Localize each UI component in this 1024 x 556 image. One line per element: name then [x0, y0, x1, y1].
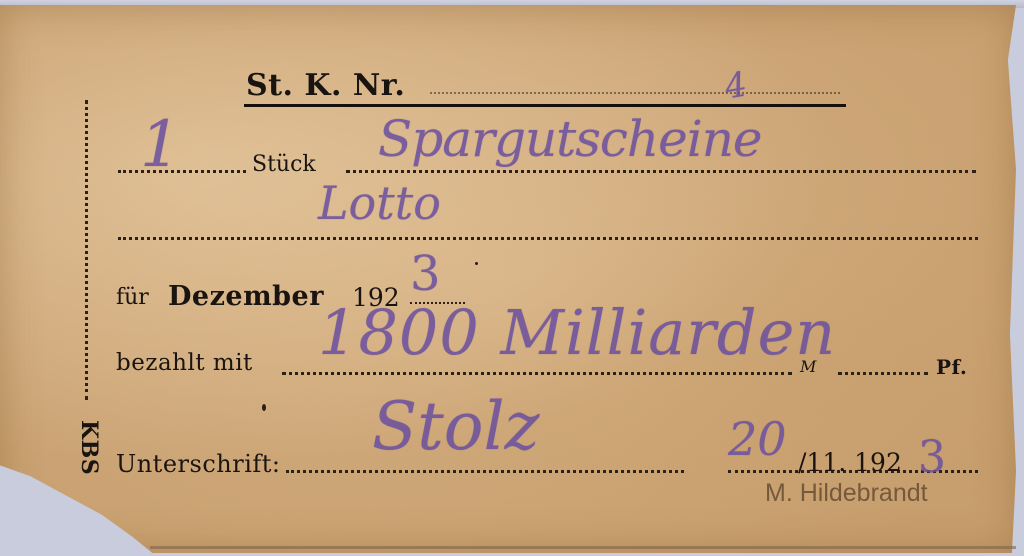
amount-dotted-line [282, 372, 792, 375]
header-dotted-line [430, 92, 840, 94]
date-printed-suffix: /11. 192 [798, 448, 902, 477]
item-dotted-line-2 [118, 237, 978, 240]
header-label: St. K. Nr. [246, 68, 405, 103]
paper-bottom-edge [150, 546, 1016, 549]
quantity-label: Stück [252, 152, 316, 177]
item-handwritten-line1: Spargutscheine [378, 110, 762, 168]
photographer-watermark: M. Hildebrandt [765, 479, 928, 508]
pf-mark: Pf. [936, 355, 967, 379]
currency-mark: M [800, 357, 816, 376]
amount-handwritten: 1800 Milliarden [318, 296, 836, 369]
paid-label: bezahlt mit [116, 350, 253, 376]
ink-speck [475, 262, 478, 265]
ink-speck [262, 404, 266, 411]
year-handwritten-digit: 3 [410, 246, 441, 302]
date-handwritten-day: 20 [728, 412, 787, 466]
signature-label: Unterschrift: [116, 450, 280, 478]
side-mark: KBS [76, 420, 102, 475]
month-prefix-label: für [116, 285, 149, 310]
pf-dotted-line [838, 372, 928, 375]
item-dotted-line-1 [346, 170, 976, 173]
quantity-dotted-line-left [118, 170, 246, 173]
item-handwritten-line2: Lotto [318, 176, 441, 230]
month-label: Dezember [168, 281, 324, 312]
signature-handwritten: Stolz [372, 388, 539, 465]
left-perforation-line [85, 100, 88, 400]
date-handwritten-year-digit: 3 [918, 432, 946, 483]
signature-dotted-line [286, 470, 684, 473]
header-underline [244, 104, 846, 107]
